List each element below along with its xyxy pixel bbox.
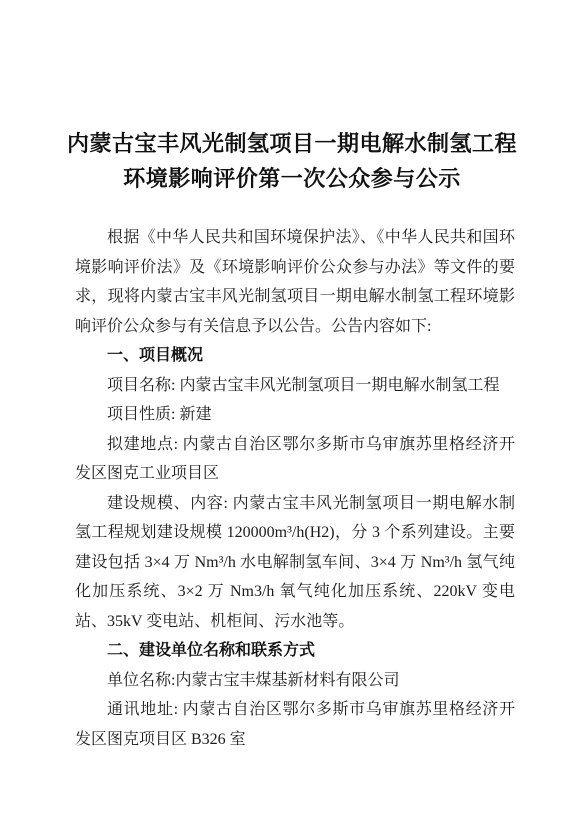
intro-paragraph: 根据《中华人民共和国环境保护法》、《中华人民共和国环境影响评价法》及《环境影响评… [75,223,515,341]
document-title: 内蒙古宝丰风光制氢项目一期电解水制氢工程 环境影响评价第一次公众参与公示 [30,126,554,196]
document-title-line-1: 内蒙古宝丰风光制氢项目一期电解水制氢工程 [30,126,554,161]
document-title-line-2: 环境影响评价第一次公众参与公示 [30,161,554,196]
field-company-name: 单位名称:内蒙古宝丰煤基新材料有限公司 [75,666,515,696]
section-1-heading: 一、项目概况 [75,341,515,371]
document-page: 内蒙古宝丰风光制氢项目一期电解水制氢工程 环境影响评价第一次公众参与公示 根据《… [0,0,584,828]
field-project-name: 项目名称: 内蒙古宝丰风光制氢项目一期电解水制氢工程 [75,371,515,401]
document-body: 根据《中华人民共和国环境保护法》、《中华人民共和国环境影响评价法》及《环境影响评… [75,223,515,754]
field-project-nature: 项目性质: 新建 [75,400,515,430]
field-project-location: 拟建地点: 内蒙古自治区鄂尔多斯市乌审旗苏里格经济开发区图克工业项目区 [75,430,515,489]
section-2-heading: 二、建设单位名称和联系方式 [75,636,515,666]
field-project-scale: 建设规模、内容: 内蒙古宝丰风光制氢项目一期电解水制氢工程规划建设规模 1200… [75,489,515,637]
field-company-address: 通讯地址: 内蒙古自治区鄂尔多斯市乌审旗苏里格经济开发区图克项目区 B326 室 [75,695,515,754]
